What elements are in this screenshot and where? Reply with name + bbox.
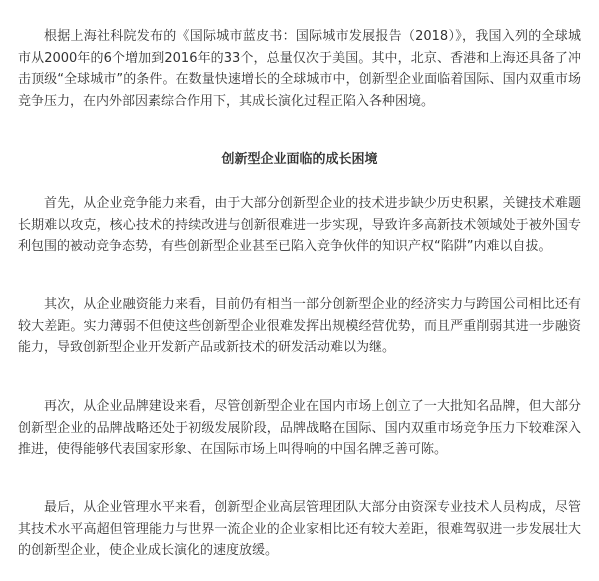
paragraph-management: 最后，从企业管理水平来看，创新型企业高层管理团队大部分由资深专业技术人员构成，尽…	[18, 497, 581, 562]
paragraph-financing: 其次，从企业融资能力来看，目前仍有相当一部分创新型企业的经济实力与跨国公司相比还…	[18, 294, 581, 359]
section-heading: 创新型企业面临的成长困境	[18, 149, 581, 171]
paragraph-competitiveness: 首先，从企业竞争能力来看，由于大部分创新型企业的技术进步缺少历史积累，关键技术难…	[18, 193, 581, 258]
article-body: 根据上海社科院发布的《国际城市蓝皮书：国际城市发展报告（2018）》，我国入列的…	[0, 0, 599, 581]
paragraph-branding: 再次，从企业品牌建设来看，尽管创新型企业在国内市场上创立了一大批知名品牌，但大部…	[18, 396, 581, 461]
intro-paragraph: 根据上海社科院发布的《国际城市蓝皮书：国际城市发展报告（2018）》，我国入列的…	[18, 26, 581, 112]
